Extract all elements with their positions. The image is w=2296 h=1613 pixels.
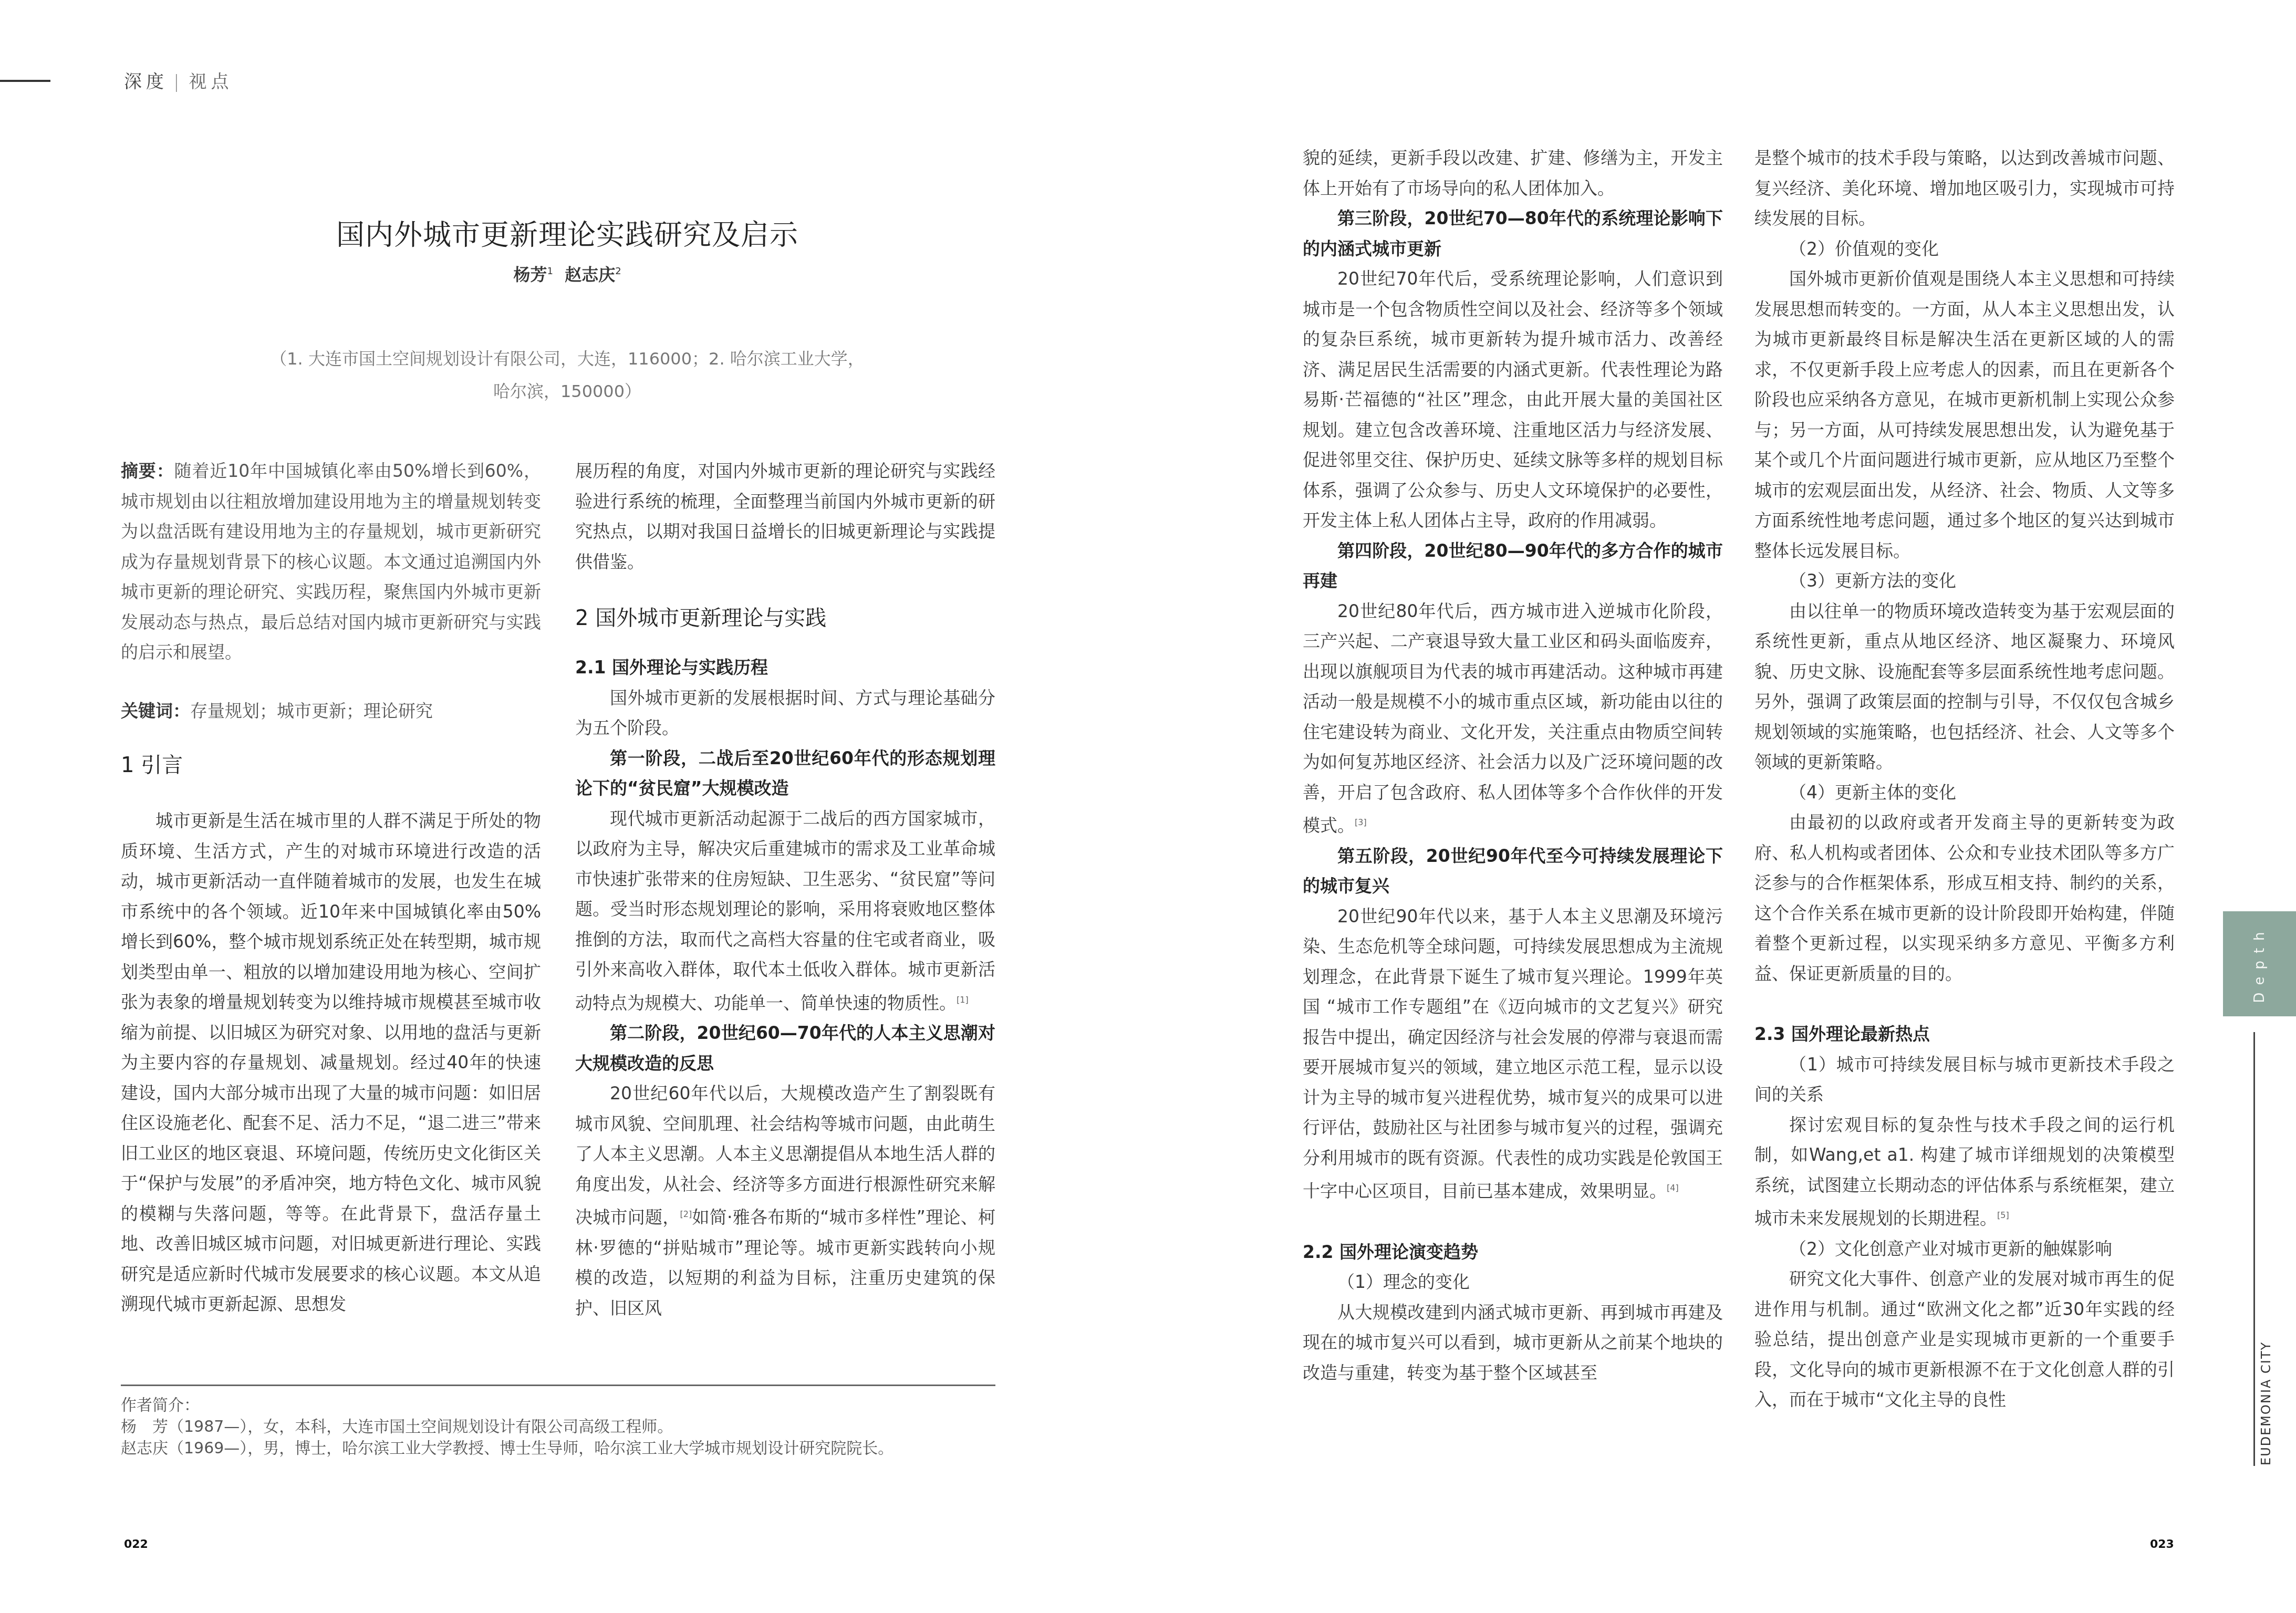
paragraph: 现代城市更新活动起源于二战后的西方国家城市，以政府为主导，解决灾后重建城市的需求… [575, 804, 995, 1018]
author-name: 赵志庆 [565, 265, 615, 285]
item-heading: （1）城市可持续发展目标与城市更新技术手段之间的关系 [1754, 1049, 2175, 1110]
column-1: 摘要：随着近10年中国城镇化率由50%增长到60%，城市规划由以往粗放增加建设用… [121, 456, 541, 1319]
paragraph: 由最初的以政府或者开发商主导的更新转变为政府、私人机构或者团体、公众和专业技术团… [1754, 807, 2175, 988]
subsection-name: 视点 [189, 71, 233, 92]
section-heading-2: 2 国外城市更新理论与实践 [575, 599, 995, 638]
paragraph-text: 20世纪90年代以来，基于人本主义思潮及环境污染、生态危机等全球问题，可持续发展… [1303, 906, 1723, 1202]
paragraph: 20世纪80年代后，西方城市进入逆城市化阶段，三产兴起、二产衰退导致大量工业区和… [1303, 596, 1723, 841]
paragraph: 20世纪90年代以来，基于人本主义思潮及环境污染、生态危机等全球问题，可持续发展… [1303, 901, 1723, 1206]
paragraph: 是整个城市的技术手段与策略，以达到改善城市问题、复兴经济、美化环境、增加地区吸引… [1754, 143, 2175, 234]
footnote-rule [121, 1385, 995, 1386]
paragraph: 城市更新是生活在城市里的人群不满足于所处的物质环境、生活方式，产生的对城市环境进… [121, 806, 541, 1319]
author-bio: 作者简介： 杨 芳（1987—），女，本科，大连市国土空间规划设计有限公司高级工… [121, 1395, 894, 1459]
affiliation-line: 哈尔滨，150000） [121, 375, 1014, 408]
paragraph-text: 20世纪60年代以后，大规模改造产生了割裂既有城市风貌、空间肌理、社会结构等城市… [575, 1083, 995, 1227]
article-title: 国内外城市更新理论实践研究及启示 [121, 213, 1014, 253]
section-separator: | [173, 71, 183, 92]
affiliation-line: （1. 大连市国土空间规划设计有限公司，大连，116000；2. 哈尔滨工业大学… [121, 342, 1014, 375]
section-label: 深度|视点 [124, 67, 233, 93]
subsection-heading: 2.3 国外理论最新热点 [1754, 1019, 2175, 1049]
section-rule [0, 80, 50, 82]
stage-heading: 第一阶段，二战后至20世纪60年代的形态规划理论下的“贫民窟”大规模改造 [575, 743, 995, 804]
author-bio-line: 赵志庆（1969—），男，博士，哈尔滨工业大学教授、博士生导师，哈尔滨工业大学城… [121, 1438, 894, 1459]
author-affil-mark: 2 [615, 266, 621, 277]
column-4: 是整个城市的技术手段与策略，以达到改善城市问题、复兴经济、美化环境、增加地区吸引… [1754, 143, 2175, 1415]
abstract-label: 摘要： [121, 461, 174, 481]
citation: [4] [1667, 1183, 1679, 1193]
abstract: 摘要：随着近10年中国城镇化率由50%增长到60%，城市规划由以往粗放增加建设用… [121, 456, 541, 668]
paragraph: 由以往单一的物质环境改造转变为基于宏观层面的系统性更新，重点从地区经济、地区凝聚… [1754, 596, 2175, 777]
item-heading: （4）更新主体的变化 [1754, 777, 2175, 808]
section-heading-1: 1 引言 [121, 747, 541, 784]
paragraph-text: 现代城市更新活动起源于二战后的西方国家城市，以政府为主导，解决灾后重建城市的需求… [575, 808, 995, 1013]
column-3: 貌的延续，更新手段以改建、扩建、修缮为主，开发主体上开始有了市场导向的私人团体加… [1303, 143, 1723, 1388]
citation: [5] [1997, 1210, 2009, 1220]
stage-heading: 第四阶段，20世纪80—90年代的多方合作的城市再建 [1303, 536, 1723, 596]
author-bio-label: 作者简介： [121, 1395, 894, 1416]
paragraph-text: 20世纪80年代后，西方城市进入逆城市化阶段，三产兴起、二产衰退导致大量工业区和… [1303, 601, 1723, 836]
item-heading: （2）价值观的变化 [1754, 234, 2175, 264]
paragraph-text: 探讨宏观目标的复杂性与技术手段之间的运行机制，如Wang,et a1. 构建了城… [1754, 1115, 2175, 1229]
paragraph: 从大规模改建到内涵式城市更新、再到城市再建及现在的城市复兴可以看到，城市更新从之… [1303, 1297, 1723, 1388]
keywords-label: 关键词： [121, 701, 190, 721]
column-2: 展历程的角度，对国内外城市更新的理论研究与实践经验进行系统的梳理，全面整理当前国… [575, 456, 995, 1323]
stage-heading: 第五阶段，20世纪90年代至今可持续发展理论下的城市复兴 [1303, 841, 1723, 901]
side-vertical-rule [2253, 1032, 2255, 1466]
affiliations: （1. 大连市国土空间规划设计有限公司，大连，116000；2. 哈尔滨工业大学… [121, 342, 1014, 408]
stage-heading: 第三阶段，20世纪70—80年代的系统理论影响下的内涵式城市更新 [1303, 203, 1723, 264]
paragraph: 展历程的角度，对国内外城市更新的理论研究与实践经验进行系统的梳理，全面整理当前国… [575, 456, 995, 577]
paragraph: 研究文化大事件、创意产业的发展对城市再生的促进作用与机制。通过“欧洲文化之都”近… [1754, 1264, 2175, 1415]
magazine-brand: EUDEMONIA CITY [2259, 1341, 2273, 1465]
author-name: 杨芳 [513, 265, 547, 285]
keywords-text: 存量规划；城市更新；理论研究 [190, 701, 433, 721]
abstract-text: 随着近10年中国城镇化率由50%增长到60%，城市规划由以往粗放增加建设用地为主… [121, 461, 541, 662]
subsection-heading: 2.2 国外理论演变趋势 [1303, 1237, 1723, 1267]
keywords: 关键词：存量规划；城市更新；理论研究 [121, 696, 541, 726]
paragraph: 探讨宏观目标的复杂性与技术手段之间的运行机制，如Wang,et a1. 构建了城… [1754, 1110, 2175, 1234]
author-affil-mark: 1 [547, 266, 553, 277]
citation: [2] [680, 1209, 692, 1219]
paragraph: 20世纪60年代以后，大规模改造产生了割裂既有城市风貌、空间肌理、社会结构等城市… [575, 1078, 995, 1323]
depth-tab-label: Depth [2223, 911, 2296, 1016]
section-name: 深度 [124, 71, 168, 92]
page-number-right: 023 [2150, 1538, 2174, 1551]
author-list: 杨芳1 赵志庆2 [121, 262, 1014, 286]
stage-heading: 第二阶段，20世纪60—70年代的人本主义思潮对大规模改造的反思 [575, 1018, 995, 1078]
paragraph: 国外城市更新价值观是围绕人本主义思想和可持续发展思想而转变的。一方面，从人本主义… [1754, 264, 2175, 566]
depth-side-tab: Depth [2223, 911, 2296, 1016]
page-number-left: 022 [124, 1538, 148, 1551]
citation: [3] [1355, 817, 1367, 827]
subsection-heading: 2.1 国外理论与实践历程 [575, 652, 995, 683]
paragraph: 貌的延续，更新手段以改建、扩建、修缮为主，开发主体上开始有了市场导向的私人团体加… [1303, 143, 1723, 203]
citation: [1] [957, 995, 969, 1005]
paragraph: 国外城市更新的发展根据时间、方式与理论基础分为五个阶段。 [575, 683, 995, 743]
item-heading: （3）更新方法的变化 [1754, 566, 2175, 596]
author-bio-line: 杨 芳（1987—），女，本科，大连市国土空间规划设计有限公司高级工程师。 [121, 1416, 894, 1438]
item-heading: （1）理念的变化 [1303, 1267, 1723, 1297]
item-heading: （2）文化创意产业对城市更新的触媒影响 [1754, 1234, 2175, 1264]
paragraph: 20世纪70年代后，受系统理论影响，人们意识到城市是一个包含物质性空间以及社会、… [1303, 264, 1723, 536]
